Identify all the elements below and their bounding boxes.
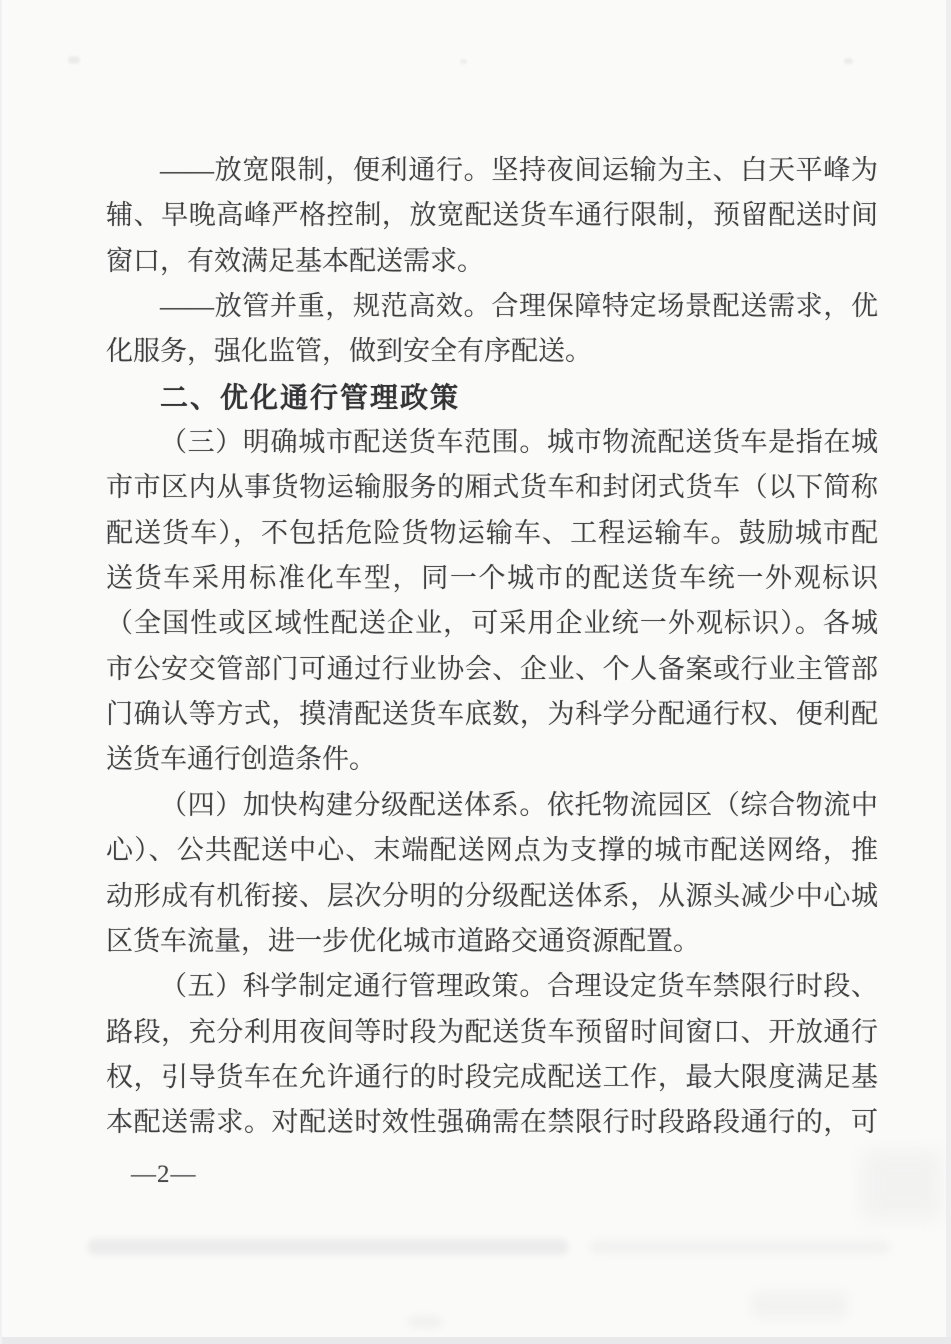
page-number: —2— (131, 1160, 197, 1190)
scan-smudge (752, 1292, 847, 1318)
scan-speck (844, 58, 853, 64)
paragraph: （五）科学制定通行管理政策。合理设定货车禁限行时段、路段，充分利用夜间等时段为配… (106, 964, 878, 1145)
paragraph: （三）明确城市配送货车范围。城市物流配送货车是指在城市市区内从事货物运输服务的厢… (106, 420, 878, 783)
scan-speck (68, 56, 80, 64)
scanned-document-page: ——放宽限制，便利通行。坚持夜间运输为主、白天平峰为辅、早晚高峰严格控制，放宽配… (0, 0, 951, 1344)
text-line: 送货车通行创造条件。 (106, 737, 878, 782)
text-line: 配送货车），不包括危险货物运输车、工程运输车。鼓励城市配 (106, 511, 878, 556)
text-line: ——放管并重，规范高效。合理保障特定场景配送需求，优 (106, 284, 878, 329)
text-line: 窗口，有效满足基本配送需求。 (106, 239, 878, 284)
scan-speck (460, 59, 467, 64)
text-line: 心）、公共配送中心、末端配送网点为支撑的城市配送网络，推 (106, 828, 878, 873)
paragraph: ——放管并重，规范高效。合理保障特定场景配送需求，优化服务，强化监管，做到安全有… (106, 284, 878, 375)
paragraph: （四）加快构建分级配送体系。依托物流园区（综合物流中心）、公共配送中心、末端配送… (106, 783, 878, 964)
text-line: 市市区内从事货物运输服务的厢式货车和封闭式货车（以下简称 (106, 465, 878, 510)
text-line: 化服务，强化监管，做到安全有序配送。 (106, 329, 878, 374)
paragraph: ——放宽限制，便利通行。坚持夜间运输为主、白天平峰为辅、早晚高峰严格控制，放宽配… (106, 148, 878, 284)
text-line: 市公安交管部门可通过行业协会、企业、个人备案或行业主管部 (106, 647, 878, 692)
scan-smudge (408, 1316, 442, 1328)
text-line: （三）明确城市配送货车范围。城市物流配送货车是指在城 (106, 420, 878, 465)
text-line: ——放宽限制，便利通行。坚持夜间运输为主、白天平峰为 (106, 148, 878, 193)
text-line: 路段，充分利用夜间等时段为配送货车预留时间窗口、开放通行 (106, 1010, 878, 1055)
document-body: ——放宽限制，便利通行。坚持夜间运输为主、白天平峰为辅、早晚高峰严格控制，放宽配… (106, 148, 878, 1146)
text-line: 动形成有机衔接、层次分明的分级配送体系，从源头减少中心城 (106, 874, 878, 919)
text-line: 权，引导货车在允许通行的时段完成配送工作，最大限度满足基 (106, 1055, 878, 1100)
bleed-through-text-ghost (88, 1239, 568, 1255)
text-line: 本配送需求。对配送时效性强确需在禁限行时段路段通行的，可 (106, 1100, 878, 1145)
bleed-through-text-ghost (590, 1240, 890, 1254)
text-line: 门确认等方式，摸清配送货车底数，为科学分配通行权、便利配 (106, 692, 878, 737)
text-line: （五）科学制定通行管理政策。合理设定货车禁限行时段、 (106, 964, 878, 1009)
text-line: （四）加快构建分级配送体系。依托物流园区（综合物流中 (106, 783, 878, 828)
section-heading: 二、优化通行管理政策 (106, 375, 878, 420)
page-edge-bottom (0, 1337, 951, 1344)
text-line: 二、优化通行管理政策 (106, 375, 878, 420)
text-line: 区货车流量，进一步优化城市道路交通资源配置。 (106, 919, 878, 964)
text-line: 辅、早晚高峰严格控制，放宽配送货车通行限制，预留配送时间 (106, 193, 878, 238)
page-edge-left (0, 0, 2, 1344)
text-line: （全国性或区域性配送企业，可采用企业统一外观标识）。各城 (106, 601, 878, 646)
scan-smudge (862, 1150, 942, 1220)
page-edge-right (946, 0, 951, 1344)
text-line: 送货车采用标准化车型，同一个城市的配送货车统一外观标识 (106, 556, 878, 601)
